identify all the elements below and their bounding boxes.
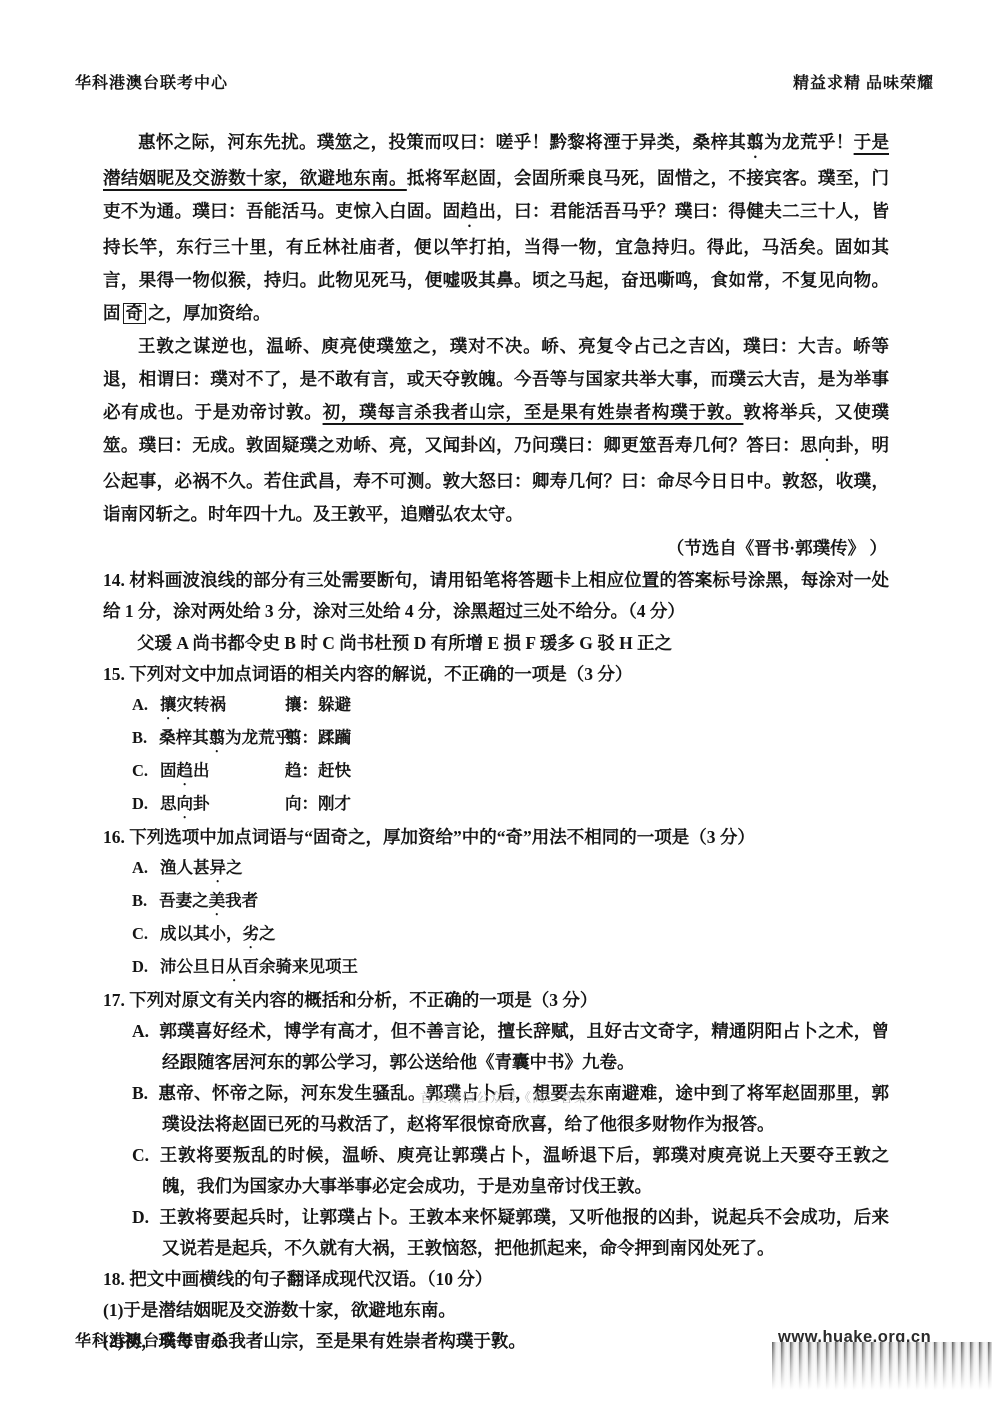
question-15-option-c: C.固趋出趋：赶快 [103,756,889,789]
passage-paragraph-1: 惠怀之际，河东先扰。璞筮之，投策而叹曰：嗟乎！黔黎将湮于异类，桑梓其翦为龙荒乎！… [103,126,889,330]
page-header: 华科港澳台联考中心 精益求精 品味荣耀 [75,70,934,93]
question-16-option-a: A.渔人甚异之 [103,853,889,886]
option-label: B. [132,728,159,747]
question-17-option-c: C.王敦将要叛乱的时候，温峤、庾亮让郭璞占卜，温峤退下后，郭璞对庾亮说上天要夺王… [103,1140,889,1202]
option-label: B. [132,1083,158,1103]
option-label: A. [132,695,160,714]
option-phrase: 固趋出 [160,761,210,780]
question-14-sentence: 父瑗 A 尚书都令史 B 时 C 尚书杜预 D 有所增 E 损 F 瑗多 G 驳… [103,627,889,659]
watermark-text: 首发微信公众号《高三答案》 [420,1087,602,1106]
option-label: D. [132,957,160,976]
header-motto: 精益求精 品味荣耀 [793,70,934,93]
option-phrase: 渔人甚异之 [160,858,243,877]
question-16-stem: 16. 下列选项中加点词语与“固奇之，厚加资给”中的“奇”用法不相同的一项是（3… [103,822,889,853]
passage-citation: （节选自《晋书·郭璞传》 ） [103,531,889,565]
question-17-option-d: D.王敦将要起兵时，让郭璞占卜。王敦本来怀疑郭璞，又听他报的凶卦，说起兵不会成功… [103,1202,889,1264]
option-phrase: 桑梓其翦为龙荒乎 [159,728,291,747]
option-text: 郭璞喜好经术，博学有高才，但不善言论，擅长辞赋，且好古文奇字，精通阴阳占卜之术，… [159,1021,889,1072]
option-gloss: 攘：躲避 [285,690,351,721]
header-org-title: 华科港澳台联考中心 [75,70,228,93]
exam-page: 华科港澳台联考中心 精益求精 品味荣耀 惠怀之际，河东先扰。璞筮之，投策而叹曰：… [0,0,992,1402]
option-phrase: 思向卦 [160,794,210,813]
question-15-option-b: B.桑梓其翦为龙荒乎翦：蹂躏 [103,723,889,756]
question-15-option-d: D.思向卦向：刚才 [103,789,889,822]
option-phrase: 吾妻之美我者 [159,891,258,910]
page-content: 惠怀之际，河东先扰。璞筮之，投策而叹曰：嗟乎！黔黎将湮于异类，桑梓其翦为龙荒乎！… [103,126,889,1357]
option-label: D. [132,794,160,813]
option-label: D. [132,1207,159,1227]
option-label: C. [132,761,160,780]
option-label: C. [132,924,160,943]
question-14-stem: 14. 材料画波浪线的部分有三处需要断句，请用铅笔将答题卡上相应位置的答案标号涂… [103,565,889,627]
passage-paragraph-2: 王敦之谋逆也，温峤、庾亮使璞筮之，璞对不决。峤、亮复令占己之吉凶，璞曰：大吉。峤… [103,330,889,531]
option-text: 王敦将要起兵时，让郭璞占卜。王敦本来怀疑郭璞，又听他报的凶卦，说起兵不会成功，后… [159,1207,889,1258]
question-18-item-1: (1)于是潜结姻昵及交游数十家，欲避地东南。 [103,1295,889,1326]
option-label: A. [132,858,160,877]
scan-smear-artifact [772,1342,992,1402]
option-label: A. [132,1021,159,1041]
question-18-stem: 18. 把文中画横线的句子翻译成现代汉语。（10 分） [103,1264,889,1295]
question-15-stem: 15. 下列对文中加点词语的相关内容的解说，不正确的一项是（3 分） [103,659,889,690]
option-label: C. [132,1145,159,1165]
option-phrase: 攘灾转祸 [160,695,226,714]
option-gloss: 趋：赶快 [285,756,351,787]
option-phrase: 沛公旦日从百余骑来见项王 [160,957,358,976]
question-16-option-c: C.成以其小，劣之 [103,919,889,952]
option-phrase: 成以其小，劣之 [160,924,276,943]
option-gloss: 向：刚才 [285,789,351,820]
option-text: 王敦将要叛乱的时候，温峤、庾亮让郭璞占卜，温峤退下后，郭璞对庾亮说上天要夺王敦之… [159,1145,889,1196]
question-17-stem: 17. 下列对原文有关内容的概括和分析，不正确的一项是（3 分） [103,985,889,1016]
question-16-option-b: B.吾妻之美我者 [103,886,889,919]
question-15-option-a: A.攘灾转祸攘：躲避 [103,690,889,723]
question-17-option-a: A.郭璞喜好经术，博学有高才，但不善言论，擅长辞赋，且好古文奇字，精通阴阳占卜之… [103,1016,889,1078]
option-gloss: 翦：蹂躏 [285,723,351,754]
question-16-option-d: D.沛公旦日从百余骑来见项王 [103,952,889,985]
option-label: B. [132,891,159,910]
